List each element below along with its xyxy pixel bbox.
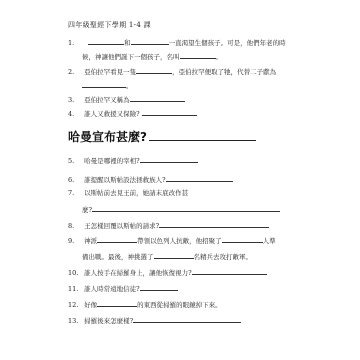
question-13: 13. 掃羅後來怎麼樣?	[68, 315, 241, 326]
answer-blank[interactable]	[130, 94, 185, 102]
answer-blank[interactable]	[131, 37, 169, 45]
question-1-continued: 候，神讓他們誕下一個孩子，名叫。	[82, 51, 222, 62]
answer-blank[interactable]	[97, 235, 137, 243]
question-4: 4. 誰人又救援又保險?	[68, 108, 197, 119]
answer-blank[interactable]	[142, 108, 197, 116]
question-10: 10. 誰人按手在掃羅身上，讓他恢復視力?	[68, 267, 267, 278]
answer-blank[interactable]	[136, 66, 172, 74]
question-7-continued: 麼?	[82, 204, 280, 215]
question-11: 11. 誰人時常遠地信徒?	[68, 283, 178, 294]
question-2-continued: 。	[82, 80, 133, 91]
answer-blank[interactable]	[140, 283, 178, 291]
answer-blank[interactable]	[149, 130, 256, 141]
question-5: 5. 哈曼是哪裡的宰相?	[68, 155, 198, 166]
answer-blank[interactable]	[166, 174, 233, 182]
question-7: 7. 以斯帖前去見王前，她請末底改作甚	[68, 189, 188, 198]
worksheet-page: 四年級聖經下學期 1-4 課 1. 和一直渴望生個孩子。可是，他們年老的時 候，…	[0, 0, 360, 360]
question-12: 12. 好像的東西從掃羅的眼鏡掉下來。	[68, 299, 222, 310]
question-3: 3. 亞伯拉罕又稱為	[68, 94, 185, 105]
question-8: 8. 王怎樣回覆以斯帖的請求?	[68, 220, 269, 231]
answer-blank[interactable]	[97, 299, 137, 307]
answer-blank[interactable]	[154, 251, 194, 259]
answer-blank[interactable]	[133, 315, 241, 323]
question-1: 1. 和一直渴望生個孩子。可是，他們年老的時	[68, 37, 286, 48]
answer-blank[interactable]	[192, 267, 267, 275]
answer-blank[interactable]	[88, 37, 124, 45]
answer-blank[interactable]	[159, 220, 269, 228]
question-2: 2. 亞伯拉罕看見一隻，亞伯拉罕便取了牠，代替二子獻為	[68, 66, 276, 77]
section-title: 哈曼宣布甚麼?	[68, 128, 256, 145]
answer-blank[interactable]	[92, 204, 280, 212]
worksheet-header: 四年級聖經下學期 1-4 課	[68, 20, 151, 30]
answer-blank[interactable]	[82, 80, 126, 88]
question-9-continued: 備出戰。最後，神挑選了名精兵去攻打敵軍。	[82, 251, 252, 262]
answer-blank[interactable]	[222, 235, 263, 243]
answer-blank[interactable]	[180, 51, 216, 59]
question-6: 6. 誰提醒以斯帖設法拯救族人?	[68, 174, 233, 185]
question-9: 9. 神派帶領以色列人抗敵，他招聚了人準	[68, 235, 276, 246]
answer-blank[interactable]	[140, 155, 198, 163]
